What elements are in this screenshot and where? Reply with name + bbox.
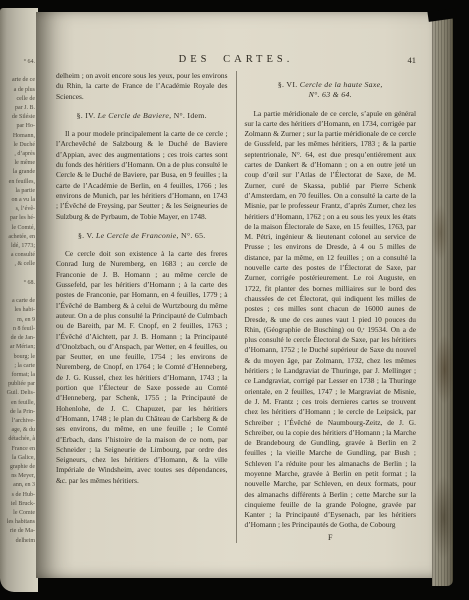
paragraph-continuation: delheim ; on avoit encore sous les yeux,… [56,71,228,102]
edge-text-fragment [1,67,35,76]
edge-text-fragment: format; la [1,371,35,380]
edge-text-fragment: arte de ce [1,76,35,85]
edge-text-fragment: Guil. Delis- [1,389,35,398]
edge-text-fragment: la Galice, [1,454,35,463]
left-page-text-fragments: ° 64. arte de cea de pluscelle depar J. … [1,58,38,546]
book-fore-edge [432,16,453,586]
section-iv-number: §. IV. [77,111,96,120]
edge-text-fragment: par Ho- [1,122,35,131]
edge-text-fragment: ann, en 3 [1,481,35,490]
right-column: §. VI. Cercle de la haute Saxe, N°. 63 &… [236,71,417,543]
edge-text-fragment: , d’après [1,150,35,159]
edge-text-fragment: ldé, 1773; [1,242,35,251]
edge-text-fragment: de de Jan- [1,334,35,343]
edge-text-fragment: age, & du [1,426,35,435]
edge-text-fragment: ns Meyer, [1,472,35,481]
book-page: DES CARTES. 41 delheim ; on avoit encore… [36,12,432,578]
section-vi-body: La partie méridionale de ce cercle, s’ap… [245,109,417,531]
page-title: DES CARTES. [179,54,294,65]
edge-text-fragment: celle de [1,95,35,104]
edge-text-fragment: par les hé- [1,214,35,223]
edge-text-fragment: Homann, [1,132,35,141]
section-iv-body: Il a pour modele principalement la carte… [56,129,228,222]
edge-text-fragment: les habitans [1,518,35,527]
edge-text-fragment: a de plus [1,86,35,95]
edge-text-fragment: graphie de [1,463,35,472]
section-heading-iv: §. IV. Le Cercle de Baviere, N°. Idem. [56,111,228,121]
edge-text-fragment: la partie [1,187,35,196]
catchword: F [245,533,417,543]
running-header: DES CARTES. 41 [56,54,416,65]
edge-text-fragment: delheim [1,537,35,546]
edge-text-fragment: le Duché [1,141,35,150]
section-vi-line2: N°. 63 & 64. [245,90,417,100]
edge-text-fragment [1,270,35,279]
book-photo: ° 64. arte de cea de pluscelle depar J. … [0,0,469,600]
edge-text-fragment: ° 68. [1,279,35,288]
edge-text-fragment: le même [1,159,35,168]
left-column: delheim ; on avoit encore sous les yeux,… [56,71,236,543]
section-vi-ref: N°. 63 & 64. [309,90,352,99]
edge-text-fragment: publiée par [1,380,35,389]
edge-text-fragment: bourg; le [1,353,35,362]
section-heading-vi: §. VI. Cercle de la haute Saxe, N°. 63 &… [245,80,417,101]
edge-text-fragment: s de Hub- [1,491,35,500]
edge-text-fragment: achetée, en [1,233,35,242]
edge-text-fragment: le Comte [1,509,35,518]
page-number: 41 [408,55,417,65]
section-vi-line1: §. VI. Cercle de la haute Saxe, [245,80,417,90]
section-vi-number: §. VI. [278,80,298,89]
edge-text-fragment: France en [1,445,35,454]
edge-text-fragment: n 8 feuil- [1,325,35,334]
edge-text-fragment: en feuilles, [1,178,35,187]
edge-text-fragment: par J. B. [1,104,35,113]
edge-text-fragment: la grande [1,168,35,177]
edge-text-fragment: de Silésie [1,113,35,122]
edge-text-fragment: rie de Ma- [1,527,35,536]
edge-text-fragment: ; la carte [1,362,35,371]
edge-text-fragment: de la Prin- [1,408,35,417]
edge-text-fragment [1,288,35,297]
section-v-title: Le Cercle de Franconie [96,231,177,240]
section-iv-title: Le Cercle de Baviere [98,111,169,120]
section-v-number: §. V. [78,231,94,240]
section-vi-title: Cercle de la haute Saxe, [300,80,383,89]
edge-text-fragment: détachée, à [1,435,35,444]
edge-text-fragment: iel Bruck- [1,500,35,509]
text-columns: delheim ; on avoit encore sous les yeux,… [56,71,416,543]
section-v-ref: , N°. 65. [177,231,206,240]
edge-text-fragment: a carte de [1,297,35,306]
edge-text-fragment: l’archive- [1,417,35,426]
edge-text-fragment: ° 64. [1,58,35,67]
facing-page-edge: ° 64. arte de cea de pluscelle depar J. … [0,8,38,592]
edge-text-fragment: m, en 9 [1,316,35,325]
edge-text-fragment: a consulté [1,251,35,260]
edge-text-fragment: ar Mérian; [1,343,35,352]
edge-text-fragment: le Comté, [1,224,35,233]
section-iv-ref: , N°. Idem. [169,111,207,120]
edge-text-fragment: on a vu la [1,196,35,205]
edge-text-fragment: , & celle [1,260,35,269]
edge-text-fragment: s, l’évê- [1,205,35,214]
section-heading-v: §. V. Le Cercle de Franconie, N°. 65. [56,231,228,241]
edge-text-fragment: les habi- [1,306,35,315]
edge-text-fragment: en feuille, [1,399,35,408]
section-v-body: Ce cercle doit son existence à la carte … [56,249,228,486]
